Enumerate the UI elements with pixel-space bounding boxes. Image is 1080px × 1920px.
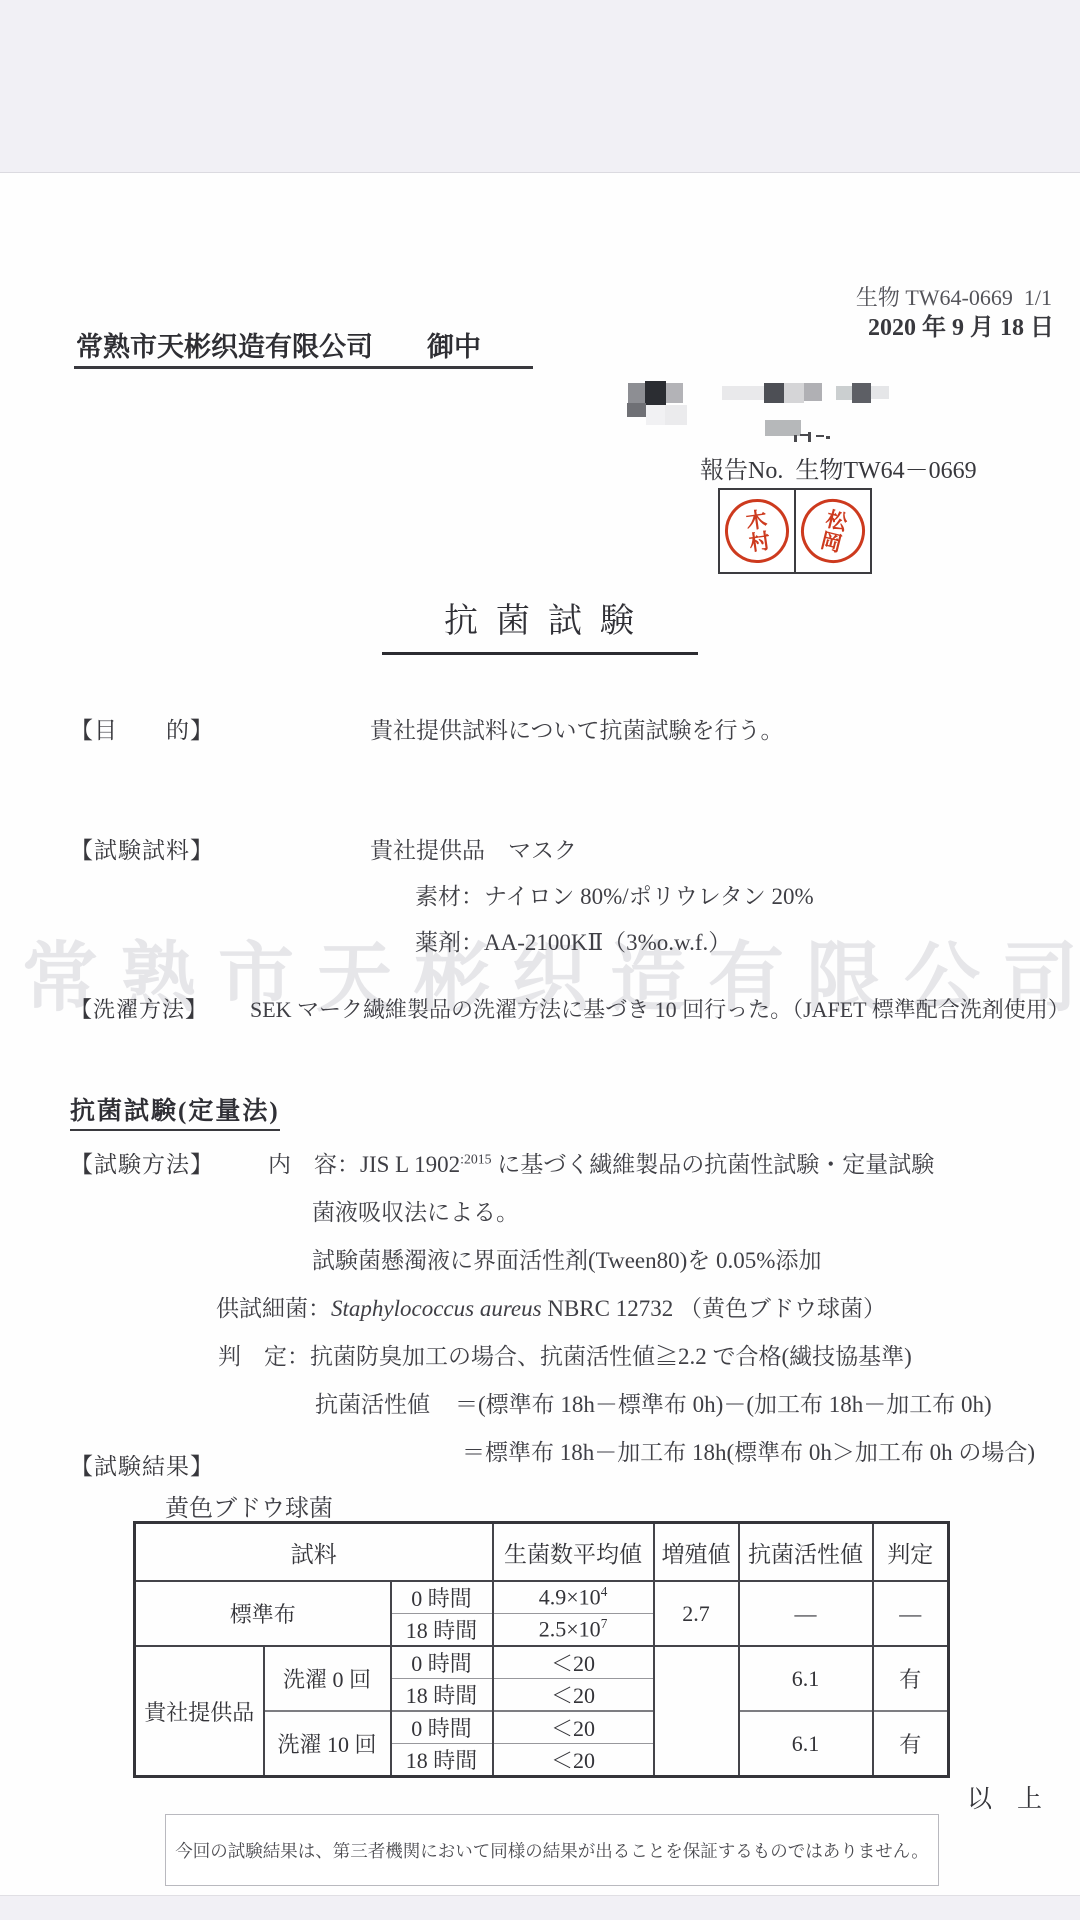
activity-cell: ― — [739, 1581, 873, 1646]
formula-line2: ＝標準布 18h－加工布 18h(標準布 0h＞加工布 0h の場合) — [462, 1439, 1035, 1467]
title-row: 抗菌試験 — [0, 593, 1080, 655]
quantitative-heading-text: 抗菌試験(定量法) — [70, 1098, 280, 1131]
document-id: 生物 TW64-0669 1/1 — [856, 285, 1052, 311]
value-cell: ＜20 — [493, 1679, 654, 1712]
time-cell: 18 時間 — [391, 1744, 493, 1777]
value-cell: ＜20 — [493, 1744, 654, 1777]
agent-line: 薬剤：AA-2100KⅡ（3%o.w.f.） — [415, 929, 731, 957]
table-row: 標準布 0 時間 4.9×104 2.7 ― ― — [135, 1581, 949, 1614]
page-title: 抗菌試験 — [382, 593, 698, 655]
purpose-label: 【目 的】 — [70, 717, 214, 745]
result-label: 【試験結果】 — [70, 1453, 214, 1481]
value-cell: 4.9×104 — [493, 1581, 654, 1614]
bacteria-line: 供試細菌：Staphylococcus aureus NBRC 12732 （黄… — [216, 1295, 886, 1323]
value-sup: 4 — [601, 1584, 608, 1599]
document-page: 常熟市天彬织造有限公司 生物 TW64-0669 1/1 2020 年 9 月 … — [0, 172, 1080, 1896]
time-cell: 18 時間 — [391, 1679, 493, 1712]
wash-label: 【洗濯方法】 — [70, 997, 208, 1023]
bacteria-name: Staphylococcus aureus — [331, 1296, 542, 1321]
method-jis-sup: :2015 — [460, 1151, 491, 1166]
judgement-cell: 有 — [873, 1646, 949, 1711]
hanko-stamp-matsuoka: 松岡 — [794, 492, 872, 570]
stamp-cell-2: 松岡 — [794, 490, 870, 572]
approval-stamp-box: 木村 松岡 — [718, 488, 872, 574]
bacteria-label: 供試細菌： — [216, 1296, 331, 1321]
sample-text: 貴社提供品 マスク — [370, 837, 577, 865]
wash-text: SEK マーク繊維製品の洗濯方法に基づき 10 回行った。（JAFET 標準配合… — [250, 997, 1070, 1023]
sample-label: 【試験試料】 — [70, 837, 214, 865]
material-line: 素材：ナイロン 80%/ポリウレタン 20% — [415, 883, 814, 911]
header-avg-viable: 生菌数平均値 — [493, 1523, 654, 1582]
redaction-mosaic — [622, 379, 922, 445]
provided-sample-cell: 貴社提供品 — [135, 1646, 264, 1777]
method-line2: 菌液吸収法による。 — [312, 1199, 519, 1227]
judge-line: 判 定：抗菌防臭加工の場合、抗菌活性値≧2.2 で合格(繊技協基準) — [218, 1343, 912, 1371]
wash10-cell: 洗濯 10 回 — [264, 1711, 391, 1777]
table-row: 貴社提供品 洗濯 0 回 0 時間 ＜20 6.1 有 — [135, 1646, 949, 1679]
quantitative-heading: 抗菌試験(定量法) — [70, 1097, 280, 1127]
method-jis-base: 内 容：JIS L 1902 — [268, 1152, 460, 1177]
table-header-row: 試料 生菌数平均値 増殖値 抗菌活性値 判定 — [135, 1523, 949, 1582]
value-cell: ＜20 — [493, 1646, 654, 1679]
screenshot-root: { "page": { "top_right_id": "生物 TW64-066… — [0, 0, 1080, 1920]
formula-label: 抗菌活性値 — [315, 1391, 430, 1419]
addressee-text: 常熟市天彬织造有限公司 御中 — [74, 332, 533, 369]
method-label: 【試験方法】 — [70, 1151, 214, 1179]
standard-cloth-cell: 標準布 — [135, 1581, 391, 1646]
activity-cell: 6.1 — [739, 1646, 873, 1711]
document-date: 2020 年 9 月 18 日 — [868, 314, 1054, 343]
result-table: 試料 生菌数平均値 増殖値 抗菌活性値 判定 標準布 0 時間 4.9×104 … — [133, 1521, 950, 1778]
growth-cell: 2.7 — [654, 1581, 739, 1646]
time-cell: 0 時間 — [391, 1711, 493, 1744]
value-cell: 2.5×107 — [493, 1614, 654, 1647]
method-line3: 試験菌懸濁液に界面活性剤(Tween80)を 0.05%添加 — [312, 1247, 821, 1275]
value-sup: 7 — [601, 1616, 608, 1631]
disclaimer-box: 今回の試験結果は、第三者機関において同様の結果が出ることを保証するものではありま… — [165, 1814, 939, 1886]
header-sample: 試料 — [135, 1523, 493, 1582]
bacteria-rest: NBRC 12732 （黄色ブドウ球菌） — [542, 1296, 886, 1321]
method-content-rest: に基づく繊維製品の抗菌性試験・定量試験 — [492, 1152, 935, 1177]
activity-cell: 6.1 — [739, 1711, 873, 1777]
closing-text: 以 上 — [967, 1785, 1042, 1815]
value-base: 2.5×10 — [539, 1617, 601, 1642]
growth-empty-cell — [654, 1646, 739, 1777]
result-organism: 黄色ブドウ球菌 — [165, 1495, 333, 1524]
formula-line1: ＝(標準布 18h－標準布 0h)－(加工布 18h－加工布 0h) — [455, 1391, 992, 1419]
time-cell: 18 時間 — [391, 1614, 493, 1647]
purpose-text: 貴社提供試料について抗菌試験を行う。 — [370, 717, 784, 745]
disclaimer-text: 今回の試験結果は、第三者機関において同様の結果が出ることを保証するものではありま… — [175, 1838, 929, 1863]
value-base: 4.9×10 — [539, 1585, 601, 1610]
wash0-cell: 洗濯 0 回 — [264, 1646, 391, 1711]
header-activity: 抗菌活性値 — [739, 1523, 873, 1582]
value-cell: ＜20 — [493, 1711, 654, 1744]
judgement-cell: 有 — [873, 1711, 949, 1777]
viewer-bottom-strip — [0, 1895, 1080, 1920]
judgement-cell: ― — [873, 1581, 949, 1646]
stamp-cell-1: 木村 — [720, 490, 794, 572]
time-cell: 0 時間 — [391, 1646, 493, 1679]
hanko-stamp-kimura: 木村 — [721, 495, 793, 567]
addressee-line: 常熟市天彬织造有限公司 御中 — [74, 331, 533, 363]
time-cell: 0 時間 — [391, 1581, 493, 1614]
method-content-line: 内 容：JIS L 1902:2015 に基づく繊維製品の抗菌性試験・定量試験 — [268, 1151, 934, 1179]
header-judgement: 判定 — [873, 1523, 949, 1582]
header-growth: 増殖値 — [654, 1523, 739, 1582]
report-no-line: 報告No. 生物TW64－0669 — [700, 457, 977, 486]
